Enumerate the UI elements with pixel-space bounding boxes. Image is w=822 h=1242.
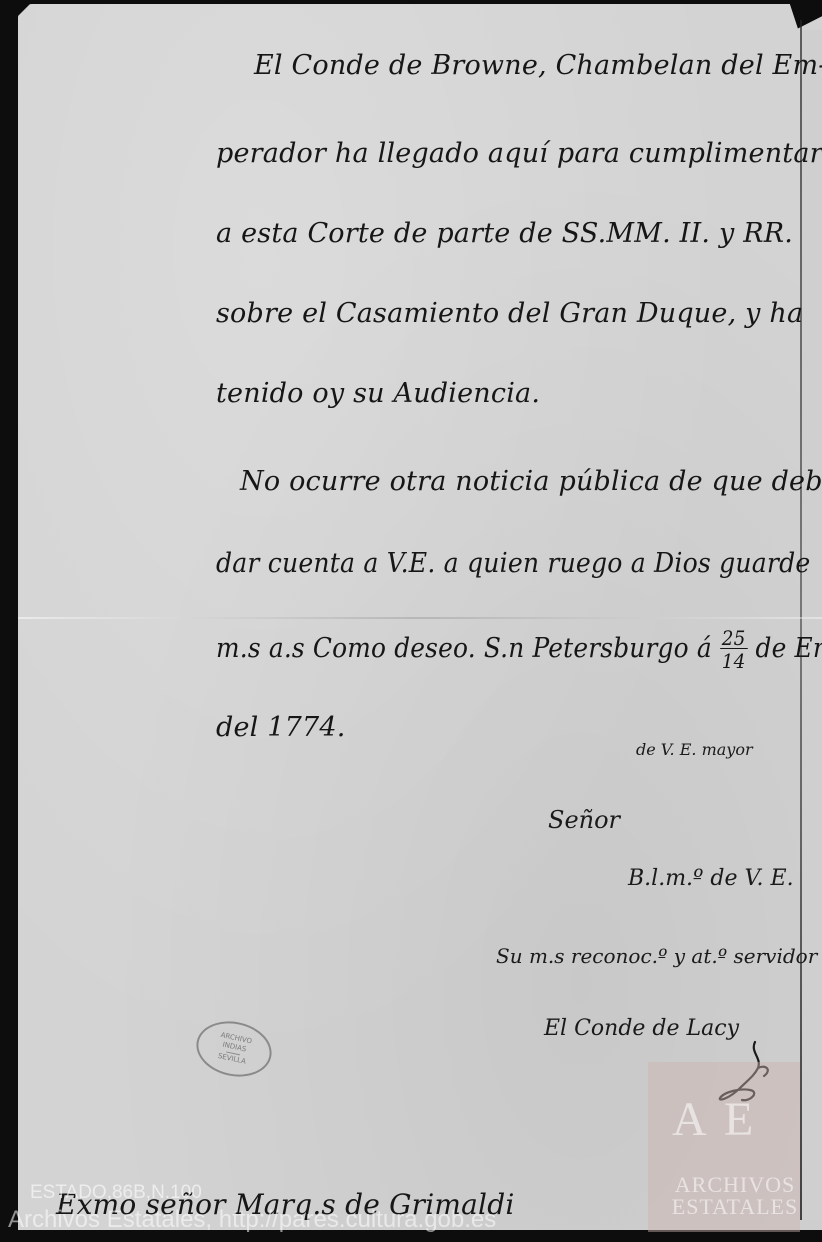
body-line-6: No ocurre otra noticia pública de que de… [240, 466, 822, 497]
closing-salutation: de V. E. mayor [636, 740, 753, 759]
body-line-3: a esta Corte de parte de SS.MM. II. y RR… [216, 218, 793, 249]
body-line-9: del 1774. [216, 712, 346, 743]
archive-logo-text: ARCHIVOS ESTATALES [660, 1174, 810, 1218]
closing-blm: B.l.m.º de V. E. [628, 866, 794, 891]
closing-servant: Su m.s reconoc.º y at.º servidor [496, 944, 817, 968]
body-line-1: El Conde de Browne, Chambelan del Em- [254, 50, 822, 81]
date-month: de Enero [755, 633, 822, 664]
body-line-4: sobre el Casamiento del Gran Duque, y ha [216, 298, 803, 329]
closing-senor: Señor [548, 806, 620, 834]
date-fraction-numerator: 25 [720, 628, 747, 649]
date-fraction-denominator: 14 [720, 649, 747, 671]
vertical-fold-line [800, 20, 802, 1220]
signature: El Conde de Lacy [544, 1016, 739, 1041]
archive-logo-icon: A E [672, 1092, 757, 1147]
body-line-5: tenido oy su Audiencia. [216, 378, 540, 409]
body-line-8: m.s a.s Como deseo. S.n Petersburgo á 25… [216, 628, 822, 671]
archive-source-link[interactable]: Archivos Estatales, http://pares.cultura… [8, 1206, 496, 1234]
body-line-7: dar cuenta a V.E. a quien ruego a Dios g… [216, 548, 810, 579]
reference-code: ESTADO,86B,N.100 [30, 1182, 202, 1204]
date-place-text: m.s a.s Como deseo. S.n Petersburgo á [216, 633, 712, 664]
document-scan: El Conde de Browne, Chambelan del Em- pe… [0, 0, 822, 1242]
horizontal-fold-line [18, 617, 822, 619]
body-line-2: perador ha llegado aquí para cumplimenta… [216, 138, 822, 169]
archive-logo-line-2: ESTATALES [660, 1196, 810, 1218]
archive-logo-line-1: ARCHIVOS [660, 1174, 810, 1196]
paper-right-margin [802, 30, 822, 1220]
date-fraction: 25 14 [720, 628, 747, 671]
